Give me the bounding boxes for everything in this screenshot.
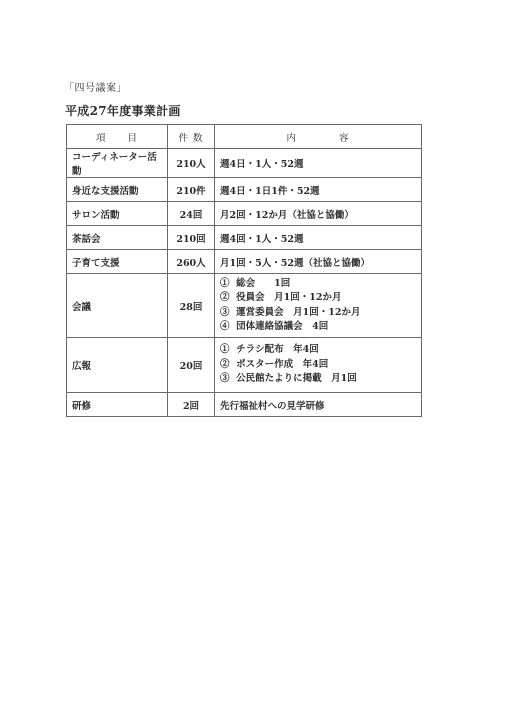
row-content: 週4日・1人・52週: [215, 149, 422, 178]
row-content: 週4日・1日1件・52週: [215, 178, 422, 202]
row-item: コーディネーター活動: [67, 149, 168, 178]
table-row: 子育て支援 260人 月1回・5人・52週（社協と協働）: [67, 250, 422, 274]
content-line: ③ 公民館たよりに掲載 月1回: [220, 372, 416, 387]
row-count: 210件: [168, 178, 215, 202]
row-count: 210回: [168, 226, 215, 250]
row-item: サロン活動: [67, 202, 168, 226]
row-count: 24回: [168, 202, 215, 226]
row-content: 月2回・12か月（社協と協働）: [215, 202, 422, 226]
content-line: ③ 運営委員会 月1回・12か月: [220, 306, 416, 321]
document-title: 平成27年度事業計画: [65, 102, 181, 119]
business-plan-table: 項 目 件 数 内 容 コーディネーター活動 210人 週4日・1人・52週 身…: [66, 124, 422, 417]
content-line: ① 総会 1回: [220, 277, 416, 292]
row-item: 身近な支援活動: [67, 178, 168, 202]
table-row: 身近な支援活動 210件 週4日・1日1件・52週: [67, 178, 422, 202]
header-content: 内 容: [215, 125, 422, 149]
content-line: ① チラシ配布 年4回: [220, 343, 416, 358]
row-content: 月1回・5人・52週（社協と協働）: [215, 250, 422, 274]
row-content: 先行福祉村への見学研修: [215, 393, 422, 417]
content-line: ④ 団体連絡協議会 4回: [220, 320, 416, 335]
row-content: 週4回・1人・52週: [215, 226, 422, 250]
header-item: 項 目: [67, 125, 168, 149]
row-count: 20回: [168, 338, 215, 393]
row-item: 子育て支援: [67, 250, 168, 274]
header-count: 件 数: [168, 125, 215, 149]
content-line: ② ポスター作成 年4回: [220, 358, 416, 373]
row-item: 茶話会: [67, 226, 168, 250]
row-count: 28回: [168, 274, 215, 338]
table-row: 茶話会 210回 週4回・1人・52週: [67, 226, 422, 250]
table-row: 研修 2回 先行福祉村への見学研修: [67, 393, 422, 417]
row-item: 研修: [67, 393, 168, 417]
table-header-row: 項 目 件 数 内 容: [67, 125, 422, 149]
row-count: 2回: [168, 393, 215, 417]
row-count: 260人: [168, 250, 215, 274]
row-count: 210人: [168, 149, 215, 178]
row-item: 広報: [67, 338, 168, 393]
row-content: ① 総会 1回 ② 役員会 月1回・12か月 ③ 運営委員会 月1回・12か月 …: [215, 274, 422, 338]
table-row: 会議 28回 ① 総会 1回 ② 役員会 月1回・12か月 ③ 運営委員会 月1…: [67, 274, 422, 338]
row-content: ① チラシ配布 年4回 ② ポスター作成 年4回 ③ 公民館たよりに掲載 月1回: [215, 338, 422, 393]
table-row: 広報 20回 ① チラシ配布 年4回 ② ポスター作成 年4回 ③ 公民館たより…: [67, 338, 422, 393]
content-line: ② 役員会 月1回・12か月: [220, 291, 416, 306]
table-row: サロン活動 24回 月2回・12か月（社協と協働）: [67, 202, 422, 226]
agenda-label: 「四号議案」: [64, 79, 127, 94]
row-item: 会議: [67, 274, 168, 338]
table-row: コーディネーター活動 210人 週4日・1人・52週: [67, 149, 422, 178]
